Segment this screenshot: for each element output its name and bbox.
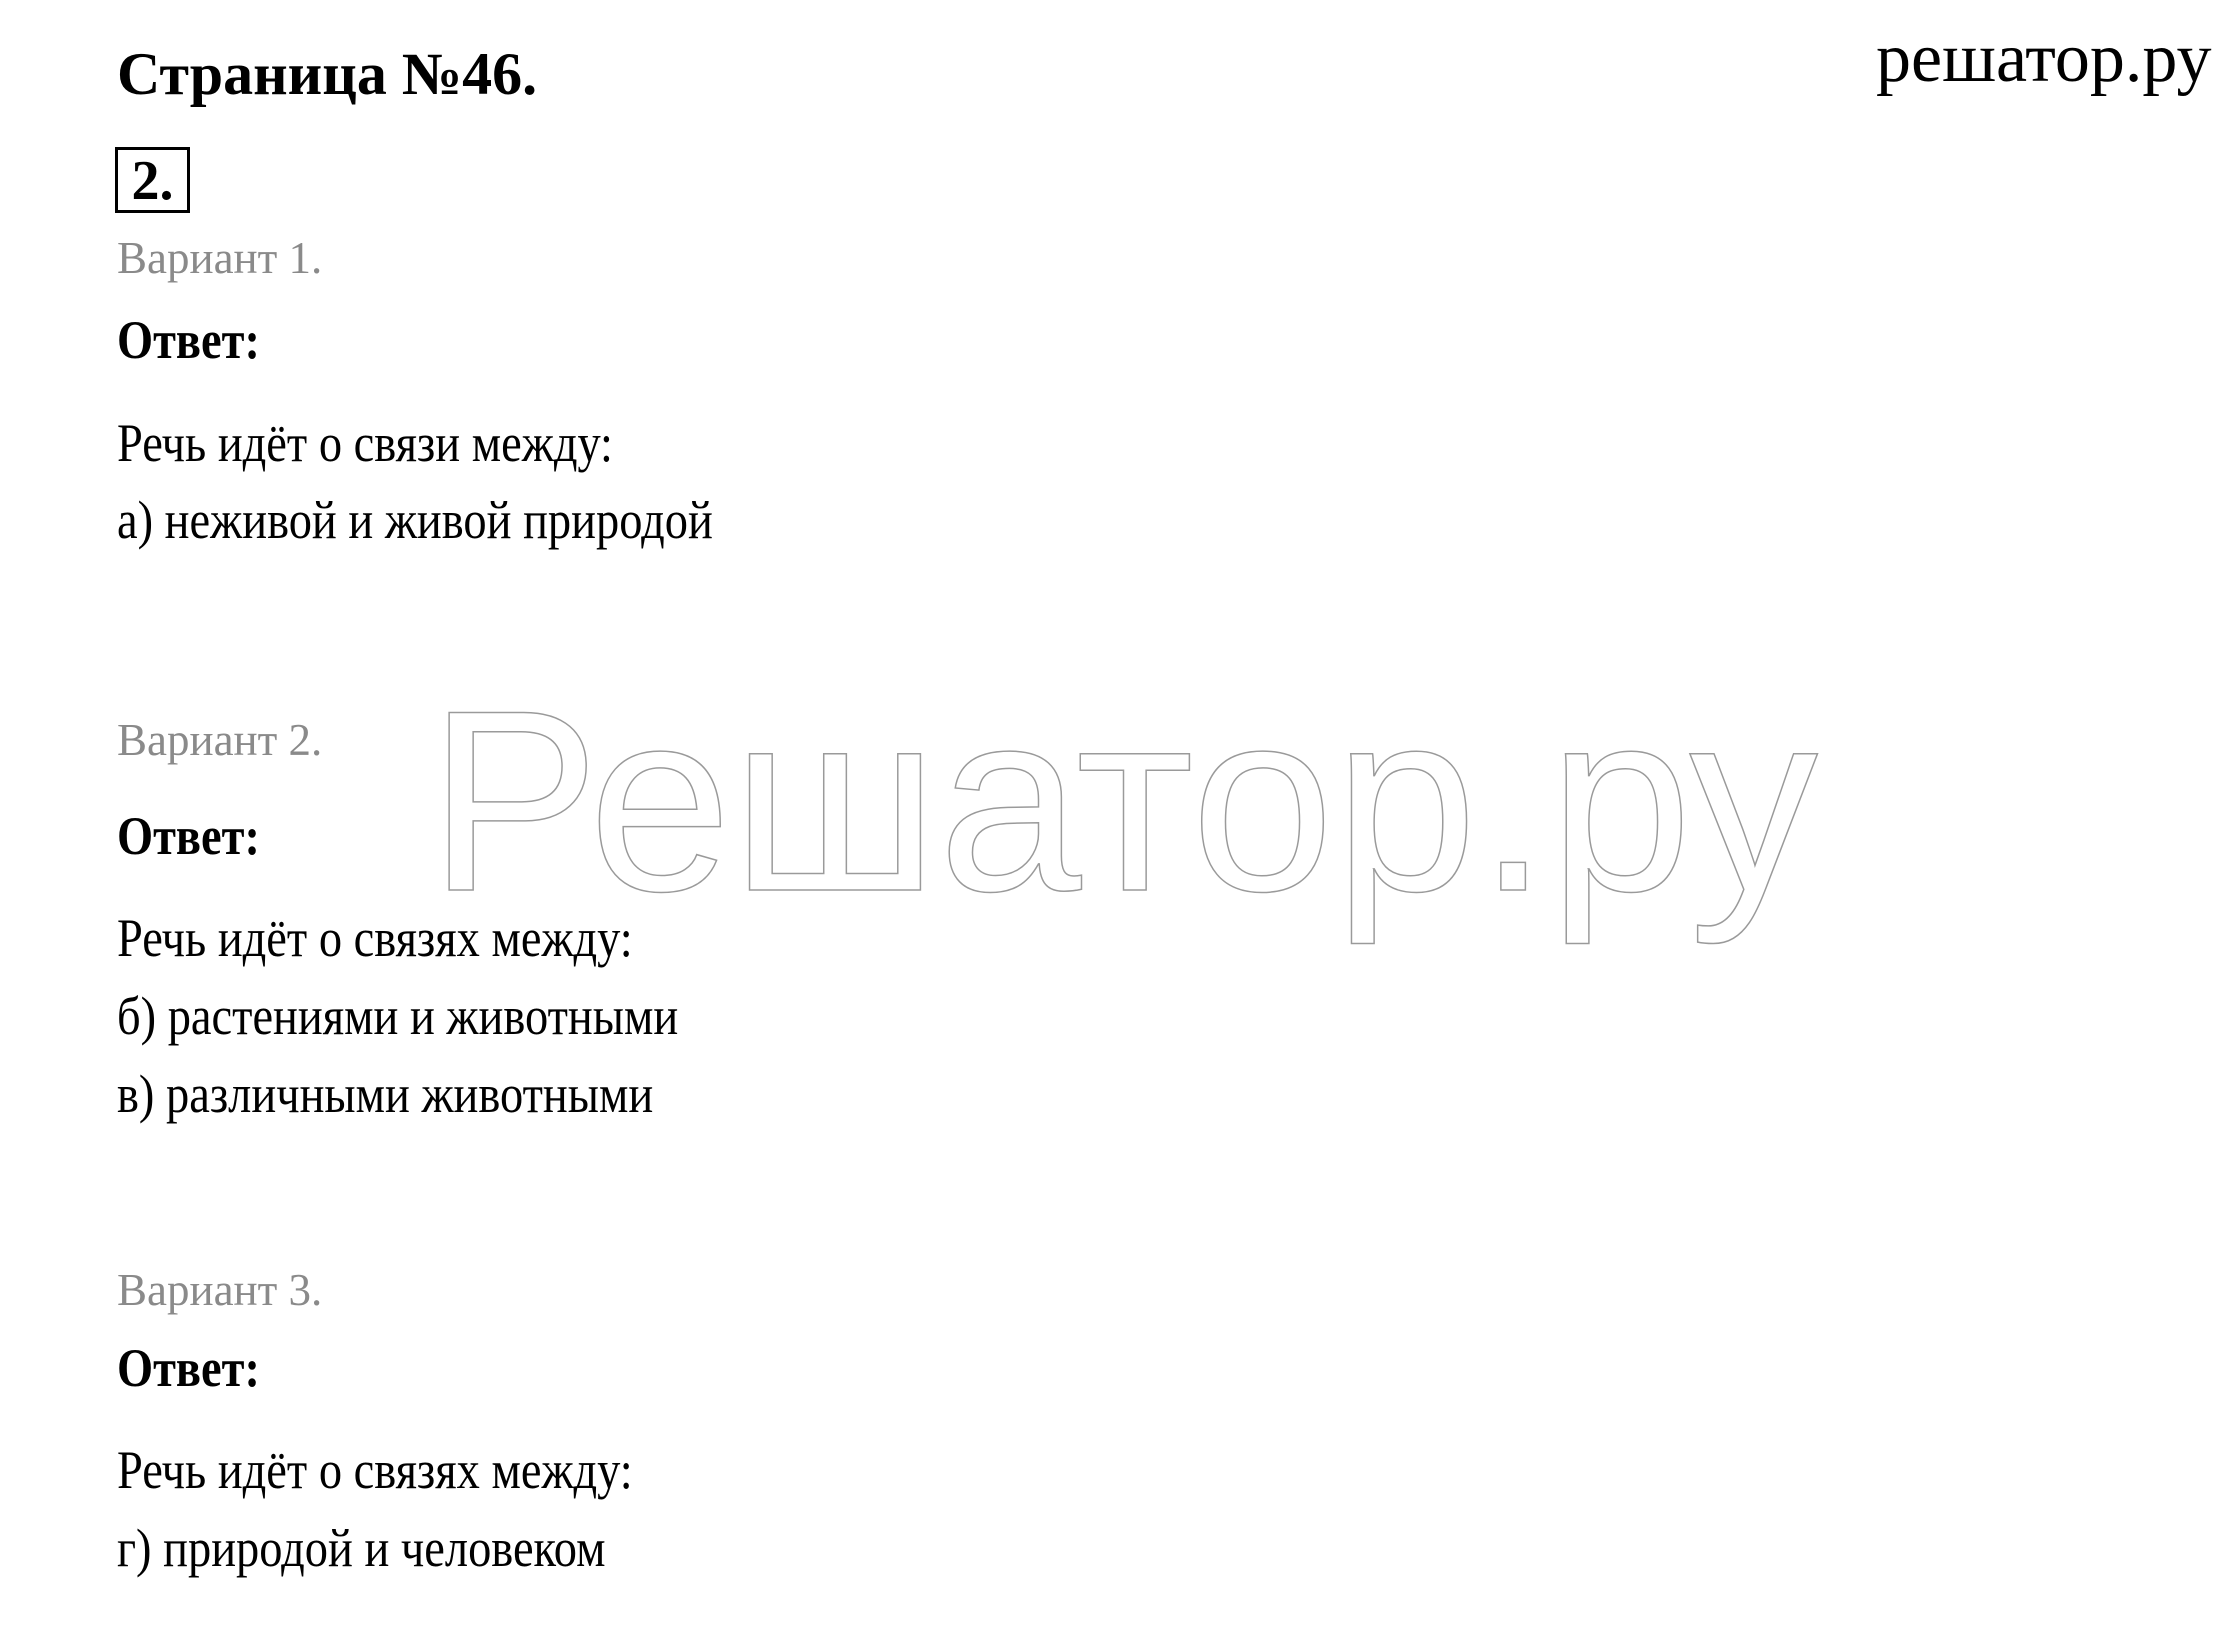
answer-label: Ответ:: [117, 313, 260, 367]
task-number-box: 2.: [115, 147, 190, 213]
watermark: Решатор.ру: [0, 0, 2226, 1650]
answer-line: а) неживой и живой природой: [117, 493, 713, 547]
variant-label: Вариант 1.: [117, 236, 322, 281]
answer-line: б) растениями и животными: [117, 989, 678, 1043]
page-title: Страница №46.: [117, 44, 537, 104]
variant-label: Вариант 2.: [117, 718, 322, 763]
answer-line: г) природой и человеком: [117, 1521, 605, 1575]
task-number: 2.: [132, 153, 174, 209]
answer-line: Речь идёт о связях между:: [117, 911, 633, 965]
answer-line: Речь идёт о связи между:: [117, 416, 613, 470]
answer-line: в) различными животными: [117, 1067, 653, 1121]
site-logo: решатор.ру: [1876, 24, 2211, 94]
answer-label: Ответ:: [117, 1341, 260, 1395]
answer-line: Речь идёт о связях между:: [117, 1443, 633, 1497]
variant-label: Вариант 3.: [117, 1268, 322, 1313]
watermark-text: Решатор.ру: [428, 656, 1818, 946]
answer-label: Ответ:: [117, 809, 260, 863]
